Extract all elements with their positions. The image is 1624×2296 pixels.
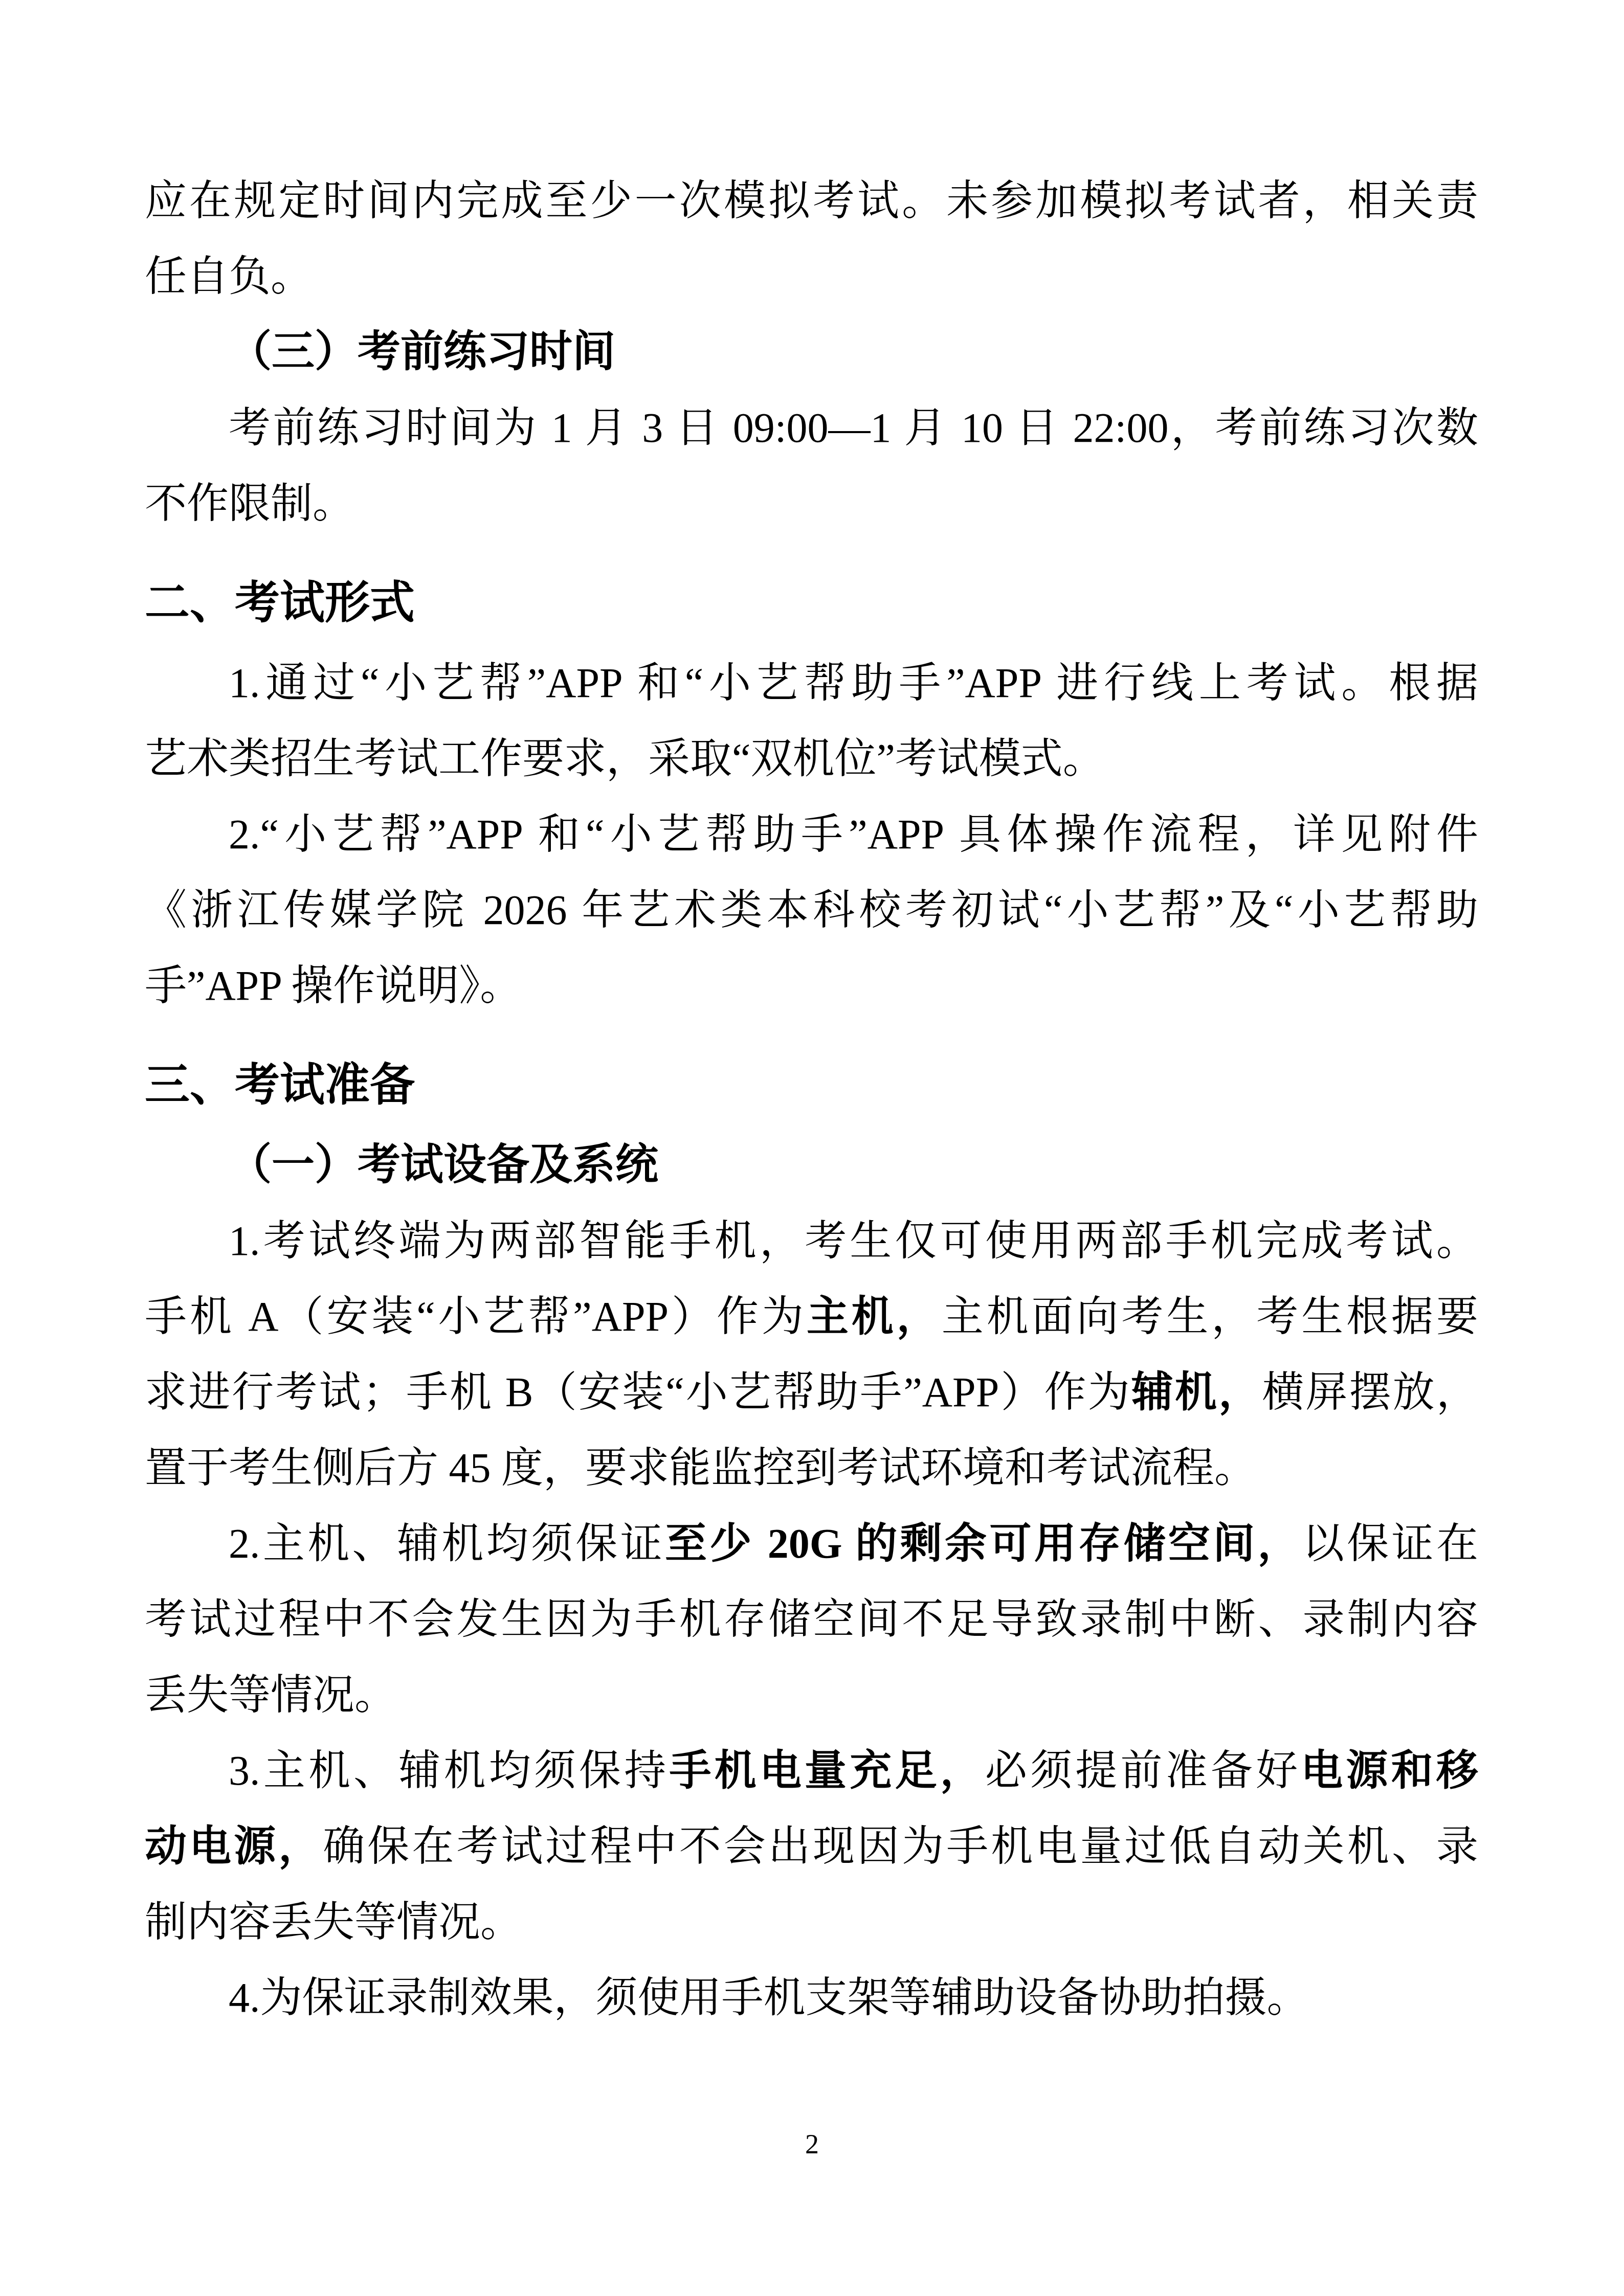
text-run: 《浙江传媒学院 2026 年艺术类本科校考初试“小艺帮”及“小艺帮助: [145, 887, 1478, 933]
text-line: 考试过程中不会发生因为手机存储空间不足导致录制中断、录制内容: [145, 1582, 1478, 1657]
text-run: 求进行考试；手机 B（安装“小艺帮助手”APP）作为: [145, 1369, 1131, 1415]
text-run: 必须提前准备好: [985, 1747, 1301, 1794]
bold-text-run: 手机电量充足，: [670, 1747, 985, 1794]
text-run: 2.“小艺帮”APP 和“小艺帮助手”APP 具体操作流程，详见附件: [229, 811, 1478, 858]
bold-text-run: 主机，: [807, 1293, 942, 1340]
text-line: 应在规定时间内完成至少一次模拟考试。未参加模拟考试者，相关责: [145, 163, 1478, 239]
text-run: 3.主机、辅机均须保持: [229, 1747, 670, 1794]
text-line: 1.通过“小艺帮”APP 和“小艺帮助手”APP 进行线上考试。根据: [145, 645, 1478, 721]
text-run: 手机 A（安装“小艺帮”APP）作为: [145, 1293, 807, 1340]
text-line: 4.为保证录制效果，须使用手机支架等辅助设备协助拍摄。: [145, 1960, 1478, 2036]
text-run: 确保在考试过程中不会出现因为手机电量过低自动关机、录: [323, 1823, 1478, 1870]
text-line: 任自负。: [145, 239, 1478, 314]
text-line: 考前练习时间为 1 月 3 日 09:00—1 月 10 日 22:00，考前练…: [145, 390, 1478, 466]
section-heading: 三、考试准备: [145, 1047, 1478, 1122]
text-line: 求进行考试；手机 B（安装“小艺帮助手”APP）作为辅机，横屏摆放，: [145, 1355, 1478, 1430]
document-body: 应在规定时间内完成至少一次模拟考试。未参加模拟考试者，相关责任自负。（三）考前练…: [145, 163, 1478, 2036]
text-line: 丢失等情况。: [145, 1657, 1478, 1733]
text-line: 《浙江传媒学院 2026 年艺术类本科校考初试“小艺帮”及“小艺帮助: [145, 872, 1478, 948]
text-line: 制内容丢失等情况。: [145, 1884, 1478, 1960]
text-line: 不作限制。: [145, 466, 1478, 542]
sub-section-heading: （一）考试设备及系统: [145, 1128, 1478, 1203]
text-line: 艺术类招生考试工作要求，采取“双机位”考试模式。: [145, 721, 1478, 797]
bold-text-run: 三、考试准备: [145, 1059, 415, 1110]
page-number: 2: [0, 2126, 1624, 2162]
text-line: 动电源，确保在考试过程中不会出现因为手机电量过低自动关机、录: [145, 1809, 1478, 1884]
text-line: 手”APP 操作说明》。: [145, 948, 1478, 1024]
text-run: 丢失等情况。: [145, 1672, 396, 1718]
text-run: 1.考试终端为两部智能手机，考生仅可使用两部手机完成考试。: [229, 1218, 1478, 1264]
bold-text-run: 至少 20G 的剩余可用存储空间，: [665, 1520, 1302, 1567]
bold-text-run: （一）考试设备及系统: [229, 1141, 658, 1189]
text-run: 4.为保证录制效果，须使用手机支架等辅助设备协助拍摄。: [229, 1974, 1309, 2021]
bold-text-run: （三）考前练习时间: [229, 328, 615, 376]
text-run: 不作限制。: [145, 480, 354, 527]
bold-text-run: 电源和移: [1301, 1747, 1478, 1794]
text-run: 艺术类招生考试工作要求，采取“双机位”考试模式。: [145, 735, 1105, 782]
text-run: 横屏摆放，: [1262, 1369, 1478, 1415]
bold-text-run: 二、考试形式: [145, 577, 415, 627]
text-line: 置于考生侧后方 45 度，要求能监控到考试环境和考试流程。: [145, 1430, 1478, 1506]
text-run: 置于考生侧后方 45 度，要求能监控到考试环境和考试流程。: [145, 1445, 1256, 1491]
text-run: 以保证在: [1302, 1520, 1478, 1567]
text-run: 2.主机、辅机均须保证: [229, 1520, 665, 1567]
text-run: 制内容丢失等情况。: [145, 1899, 522, 1945]
sub-section-heading: （三）考前练习时间: [145, 314, 1478, 390]
text-run: 任自负。: [145, 253, 313, 300]
text-line: 3.主机、辅机均须保持手机电量充足，必须提前准备好电源和移: [145, 1733, 1478, 1809]
text-line: 手机 A（安装“小艺帮”APP）作为主机，主机面向考生，考生根据要: [145, 1279, 1478, 1355]
section-heading: 二、考试形式: [145, 565, 1478, 640]
text-run: 考前练习时间为 1 月 3 日 09:00—1 月 10 日 22:00，考前练…: [229, 404, 1478, 451]
text-run: 应在规定时间内完成至少一次模拟考试。未参加模拟考试者，相关责: [145, 177, 1478, 224]
text-line: 1.考试终端为两部智能手机，考生仅可使用两部手机完成考试。: [145, 1203, 1478, 1279]
bold-text-run: 辅机，: [1131, 1369, 1262, 1415]
text-run: 1.通过“小艺帮”APP 和“小艺帮助手”APP 进行线上考试。根据: [229, 660, 1478, 706]
text-line: 2.“小艺帮”APP 和“小艺帮助手”APP 具体操作流程，详见附件: [145, 797, 1478, 872]
bold-text-run: 动电源，: [145, 1823, 323, 1870]
text-run: 主机面向考生，考生根据要: [942, 1293, 1478, 1340]
text-line: 2.主机、辅机均须保证至少 20G 的剩余可用存储空间，以保证在: [145, 1506, 1478, 1582]
text-run: 手”APP 操作说明》。: [145, 962, 522, 1009]
text-run: 考试过程中不会发生因为手机存储空间不足导致录制中断、录制内容: [145, 1596, 1478, 1642]
